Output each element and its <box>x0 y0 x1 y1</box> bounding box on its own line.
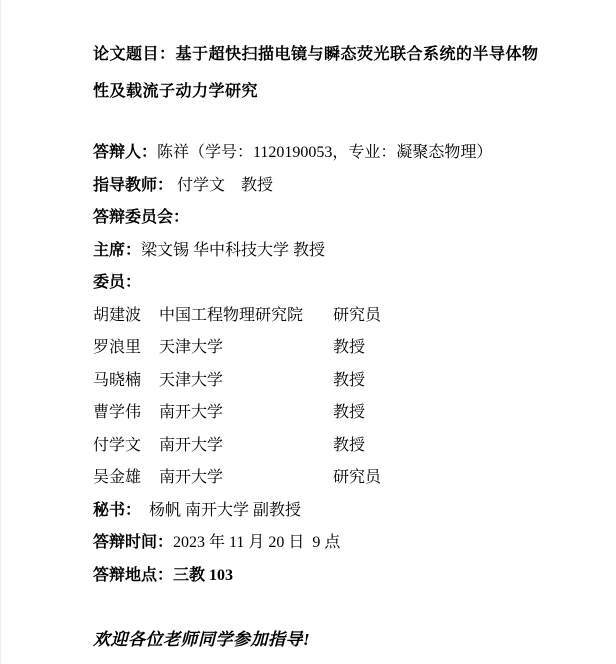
advisor-line: 指导教师： 付学文 教授 <box>93 170 560 203</box>
secretary-value: 杨帆 南开大学 副教授 <box>133 502 301 519</box>
member-affiliation: 天津大学 <box>159 365 333 398</box>
member-row: 曹学伟南开大学教授 <box>93 397 560 430</box>
committee-heading: 答辩委员会： <box>93 209 189 226</box>
advisor-value: 付学文 教授 <box>173 177 273 194</box>
member-row: 马晓楠天津大学教授 <box>93 365 560 398</box>
member-title: 教授 <box>333 332 560 365</box>
members-heading-line: 委员： <box>93 267 560 300</box>
defender-line: 答辩人：陈祥（学号：1120190053，专业：凝聚态物理） <box>93 137 560 170</box>
chair-label: 主席： <box>93 242 141 259</box>
member-name: 马晓楠 <box>93 365 159 398</box>
document-content: 论文题目：基于超快扫描电镜与瞬态荧光联合系统的半导体物性及载流子动力学研究 答辩… <box>1 0 616 656</box>
defense-time-value: 2023 年 11 月 20 日 9 点 <box>173 534 340 551</box>
defender-value: 陈祥（学号：1120190053，专业：凝聚态物理） <box>157 144 492 161</box>
members-heading: 委员： <box>93 274 141 291</box>
member-affiliation: 南开大学 <box>159 430 333 463</box>
member-affiliation: 南开大学 <box>159 462 333 495</box>
secretary-line: 秘书： 杨帆 南开大学 副教授 <box>93 495 560 528</box>
defense-location-value: 三教 103 <box>173 567 233 584</box>
member-title: 教授 <box>333 430 560 463</box>
advisor-label: 指导教师： <box>93 177 173 194</box>
member-name: 胡建波 <box>93 300 159 333</box>
member-row: 罗浪里天津大学教授 <box>93 332 560 365</box>
member-name: 付学文 <box>93 430 159 463</box>
secretary-label: 秘书： <box>93 502 133 519</box>
member-affiliation: 天津大学 <box>159 332 333 365</box>
defense-location-label: 答辩地点： <box>93 567 173 584</box>
member-affiliation: 南开大学 <box>159 397 333 430</box>
member-name: 曹学伟 <box>93 397 159 430</box>
member-affiliation: 中国工程物理研究院 <box>159 300 333 333</box>
committee-heading-line: 答辩委员会： <box>93 202 560 235</box>
chair-line: 主席：梁文锡 华中科技大学 教授 <box>93 235 560 268</box>
member-name: 吴金雄 <box>93 462 159 495</box>
defense-time-label: 答辩时间： <box>93 534 173 551</box>
member-title: 教授 <box>333 397 560 430</box>
chair-value: 梁文锡 华中科技大学 教授 <box>141 242 325 259</box>
member-title: 教授 <box>333 365 560 398</box>
welcome-message: 欢迎各位老师同学参加指导! <box>93 623 560 656</box>
member-row: 胡建波中国工程物理研究院研究员 <box>93 300 560 333</box>
member-name: 罗浪里 <box>93 332 159 365</box>
member-title: 研究员 <box>333 300 560 333</box>
thesis-title-paragraph: 论文题目：基于超快扫描电镜与瞬态荧光联合系统的半导体物性及载流子动力学研究 <box>93 36 545 110</box>
document-page: 论文题目：基于超快扫描电镜与瞬态荧光联合系统的半导体物性及载流子动力学研究 答辩… <box>0 0 616 664</box>
member-row: 吴金雄南开大学研究员 <box>93 462 560 495</box>
member-row: 付学文南开大学教授 <box>93 430 560 463</box>
defender-label: 答辩人： <box>93 144 157 161</box>
thesis-title-label: 论文题目： <box>93 46 176 63</box>
defense-time-line: 答辩时间：2023 年 11 月 20 日 9 点 <box>93 527 560 560</box>
member-title: 研究员 <box>333 462 560 495</box>
defense-location-line: 答辩地点：三教 103 <box>93 560 560 593</box>
